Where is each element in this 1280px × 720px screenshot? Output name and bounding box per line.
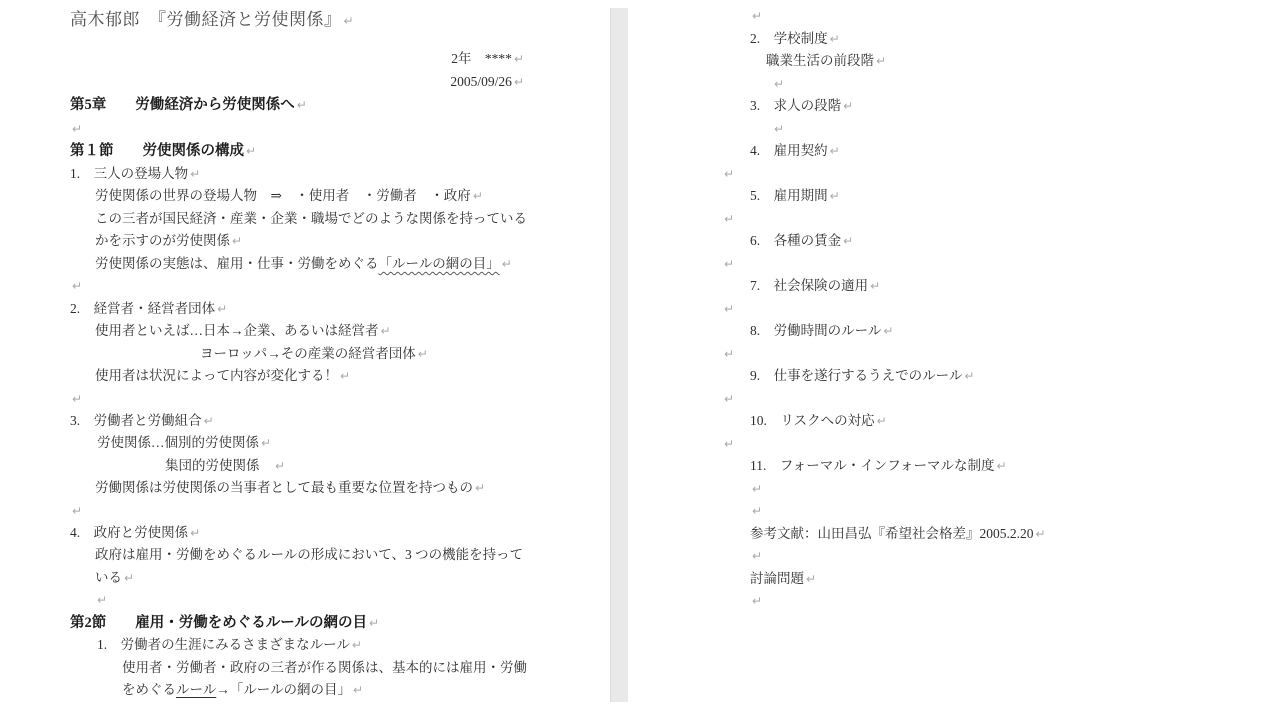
pilcrow-mark: ↵ <box>724 212 734 226</box>
chapter-heading-line: 第5章 労働経済から労使関係へ↵ <box>70 95 307 115</box>
pilcrow-mark: ↵ <box>353 683 363 697</box>
pilcrow-mark: ↵ <box>344 14 354 28</box>
line-text: 3. 労働者と労働組合 <box>70 413 202 428</box>
line-text: 4. 雇用契約 <box>750 143 828 158</box>
line-text: 労使関係…個別的労使関係 <box>97 435 259 450</box>
empty-line: ↵ <box>722 164 734 184</box>
line-text: をめぐる <box>122 682 176 697</box>
discussion-topic-line: 討論問題↵ <box>750 569 816 589</box>
pilcrow-mark: ↵ <box>275 459 285 473</box>
pilcrow-mark: ↵ <box>752 504 762 518</box>
line-text: 討論問題 <box>750 571 804 586</box>
year-line: 2年 ****↵ <box>451 49 524 69</box>
body-line: 職業生活の前段階↵ <box>766 51 886 71</box>
list-item-line: 11. フォーマル・インフォーマルな制度↵ <box>750 456 1007 476</box>
empty-line: ↵ <box>70 276 82 296</box>
pilcrow-mark: ↵ <box>830 144 840 158</box>
line-text: 労使関係の実態は、雇用・仕事・労働をめぐる <box>95 256 379 271</box>
pilcrow-mark: ↵ <box>724 257 734 271</box>
line-text: 9. 仕事を遂行するうえでのルール <box>750 368 962 383</box>
body-line: 使用者・労働者・政府の三者が作る関係は、基本的には雇用・労働 <box>122 658 527 678</box>
body-line: この三者が国民経済・産業・企業・職場でどのような関係を持っている <box>95 209 527 229</box>
list-item-line: 2. 経営者・経営者団体↵ <box>70 299 227 319</box>
list-item-line: 1. 労働者の生涯にみるさまざまなルール↵ <box>97 635 362 655</box>
line-text: 10. リスクへの対応 <box>750 413 875 428</box>
pilcrow-mark: ↵ <box>774 122 784 136</box>
list-item-line: 7. 社会保険の適用↵ <box>750 276 880 296</box>
empty-line: ↵ <box>722 389 734 409</box>
body-line: 労使関係の世界の登場人物 ⇒ ・使用者 ・労働者 ・政府↵ <box>95 186 483 206</box>
list-item-line: 3. 労働者と労働組合↵ <box>70 411 214 431</box>
pilcrow-mark: ↵ <box>806 572 816 586</box>
pilcrow-mark: ↵ <box>381 324 391 338</box>
pilcrow-mark: ↵ <box>297 98 307 112</box>
empty-line: ↵ <box>722 434 734 454</box>
pilcrow-mark: ↵ <box>870 279 880 293</box>
wavy-underlined-text: 「ルールの網の目」 <box>379 256 500 271</box>
pilcrow-mark: ↵ <box>752 482 762 496</box>
line-text: 2年 **** <box>451 51 512 66</box>
pilcrow-mark: ↵ <box>830 32 840 46</box>
line-text: 8. 労働時間のルール <box>750 323 881 338</box>
line-text: 2005/09/26 <box>450 74 512 89</box>
date-line: 2005/09/26↵ <box>450 72 524 92</box>
pilcrow-mark: ↵ <box>997 459 1007 473</box>
body-line: 使用者といえば…日本→企業、あるいは経営者↵ <box>95 321 391 341</box>
pilcrow-mark: ↵ <box>246 144 256 158</box>
pilcrow-mark: ↵ <box>369 616 379 630</box>
line-text: 集団的労使関係 <box>165 458 273 473</box>
body-line: 労使関係の実態は、雇用・仕事・労働をめぐる「ルールの網の目」↵ <box>95 254 512 274</box>
list-item-line: 5. 雇用期間↵ <box>750 186 840 206</box>
line-text: →「ルールの網の目」 <box>216 682 351 697</box>
pilcrow-mark: ↵ <box>124 571 134 585</box>
body-line: いる↵ <box>95 568 134 588</box>
line-text: 4. 政府と労使関係 <box>70 525 188 540</box>
pilcrow-mark: ↵ <box>752 549 762 563</box>
pilcrow-mark: ↵ <box>964 369 974 383</box>
line-text: 労働関係は労使関係の当事者として最も重要な位置を持つもの <box>95 480 473 495</box>
section-2-heading-line: 第2節 雇用・労働をめぐるルールの網の目↵ <box>70 613 379 633</box>
pilcrow-mark: ↵ <box>232 234 242 248</box>
empty-line: ↵ <box>772 74 784 94</box>
pilcrow-mark: ↵ <box>475 481 485 495</box>
list-item-line: 1. 三人の登場人物↵ <box>70 164 200 184</box>
list-item-line: 3. 求人の段階↵ <box>750 96 853 116</box>
pilcrow-mark: ↵ <box>514 75 524 89</box>
body-line: 政府は雇用・労働をめぐるルールの形成において、3 つの機能を持って <box>95 545 523 565</box>
line-text: 高木郁郎 『労働経済と労使関係』 <box>70 10 342 29</box>
line-text: 第2節 雇用・労働をめぐるルールの網の目 <box>70 615 367 631</box>
empty-line: ↵ <box>722 344 734 364</box>
author-title-line: 高木郁郎 『労働経済と労使関係』↵ <box>70 10 354 31</box>
pilcrow-mark: ↵ <box>352 638 362 652</box>
pilcrow-mark: ↵ <box>877 414 887 428</box>
pilcrow-mark: ↵ <box>340 369 350 383</box>
pilcrow-mark: ↵ <box>72 122 82 136</box>
pilcrow-mark: ↵ <box>843 234 853 248</box>
empty-line: ↵ <box>70 501 82 521</box>
pilcrow-mark: ↵ <box>724 302 734 316</box>
pilcrow-mark: ↵ <box>774 77 784 91</box>
list-item-line: 10. リスクへの対応↵ <box>750 411 887 431</box>
pilcrow-mark: ↵ <box>217 302 227 316</box>
body-line: かを示すのが労使関係↵ <box>95 231 242 251</box>
pilcrow-mark: ↵ <box>261 436 271 450</box>
pilcrow-mark: ↵ <box>724 167 734 181</box>
line-text: 7. 社会保険の適用 <box>750 278 868 293</box>
line-text: いる <box>95 570 122 585</box>
line-text: 11. フォーマル・インフォーマルな制度 <box>750 458 995 473</box>
list-item-line: 4. 政府と労使関係↵ <box>70 523 200 543</box>
empty-line: ↵ <box>750 591 762 611</box>
line-text: 使用者・労働者・政府の三者が作る関係は、基本的には雇用・労働 <box>122 660 527 675</box>
list-item-line: 2. 学校制度↵ <box>750 29 840 49</box>
body-line: ヨーロッパ→その産業の経営者団体↵ <box>200 344 428 364</box>
body-line: 使用者は状況によって内容が変化する！↵ <box>95 366 350 386</box>
line-text: 3. 求人の段階 <box>750 98 841 113</box>
empty-line: ↵ <box>772 119 784 139</box>
pilcrow-mark: ↵ <box>190 526 200 540</box>
pilcrow-mark: ↵ <box>752 9 762 23</box>
line-text: 第5章 労働経済から労使関係へ <box>70 97 295 113</box>
body-line: 集団的労使関係 ↵ <box>165 456 285 476</box>
pilcrow-mark: ↵ <box>724 392 734 406</box>
line-text: 職業生活の前段階 <box>766 53 874 68</box>
line-text: この三者が国民経済・産業・企業・職場でどのような関係を持っている <box>95 211 527 226</box>
list-item-line: 6. 各種の賃金↵ <box>750 231 853 251</box>
empty-line: ↵ <box>722 254 734 274</box>
empty-line: ↵ <box>750 479 762 499</box>
document-view: 高木郁郎 『労働経済と労使関係』↵ 2年 ****↵ 2005/09/26↵ 第… <box>0 0 1280 720</box>
line-text: 政府は雇用・労働をめぐるルールの形成において、3 つの機能を持って <box>95 547 523 562</box>
list-item-line: 9. 仕事を遂行するうえでのルール↵ <box>750 366 974 386</box>
line-text: 5. 雇用期間 <box>750 188 828 203</box>
pilcrow-mark: ↵ <box>190 167 200 181</box>
pilcrow-mark: ↵ <box>724 347 734 361</box>
pilcrow-mark: ↵ <box>876 54 886 68</box>
pilcrow-mark: ↵ <box>1036 527 1046 541</box>
line-text: かを示すのが労使関係 <box>95 233 230 248</box>
list-item-line: 8. 労働時間のルール↵ <box>750 321 893 341</box>
pilcrow-mark: ↵ <box>204 414 214 428</box>
line-text: 使用者は状況によって内容が変化する！ <box>95 368 338 383</box>
page-gap-divider <box>610 8 629 702</box>
empty-line: ↵ <box>750 501 762 521</box>
underlined-text: ルール <box>176 682 216 697</box>
pilcrow-mark: ↵ <box>502 257 512 271</box>
pilcrow-mark: ↵ <box>724 437 734 451</box>
line-text: 1. 三人の登場人物 <box>70 166 188 181</box>
line-text: 使用者といえば…日本→企業、あるいは経営者 <box>95 323 379 338</box>
pilcrow-mark: ↵ <box>843 99 853 113</box>
body-line: をめぐるルール→「ルールの網の目」↵ <box>122 680 363 700</box>
empty-line: ↵ <box>722 209 734 229</box>
line-text: 労使関係の世界の登場人物 ⇒ ・使用者 ・労働者 ・政府 <box>95 188 471 203</box>
section-1-heading-line: 第１節 労使関係の構成↵ <box>70 141 256 161</box>
line-text: ヨーロッパ→その産業の経営者団体 <box>200 346 416 361</box>
line-text: 2. 学校制度 <box>750 31 828 46</box>
empty-line: ↵ <box>722 299 734 319</box>
reference-line: 参考文献：山田昌弘『希望社会格差』2005.2.20↵ <box>750 524 1046 544</box>
empty-line: ↵ <box>95 590 107 610</box>
pilcrow-mark: ↵ <box>72 279 82 293</box>
body-line: 労使関係…個別的労使関係↵ <box>97 433 271 453</box>
list-item-line: 4. 雇用契約↵ <box>750 141 840 161</box>
pilcrow-mark: ↵ <box>72 504 82 518</box>
line-text: 6. 各種の賃金 <box>750 233 841 248</box>
line-text: 1. 労働者の生涯にみるさまざまなルール <box>97 637 350 652</box>
pilcrow-mark: ↵ <box>473 189 483 203</box>
empty-line: ↵ <box>750 6 762 26</box>
pilcrow-mark: ↵ <box>97 593 107 607</box>
line-text: 第１節 労使関係の構成 <box>70 143 244 159</box>
pilcrow-mark: ↵ <box>883 324 893 338</box>
pilcrow-mark: ↵ <box>72 392 82 406</box>
pilcrow-mark: ↵ <box>418 347 428 361</box>
pilcrow-mark: ↵ <box>752 594 762 608</box>
pilcrow-mark: ↵ <box>830 189 840 203</box>
line-text: 2. 経営者・経営者団体 <box>70 301 215 316</box>
body-line: 労働関係は労使関係の当事者として最も重要な位置を持つもの↵ <box>95 478 485 498</box>
empty-line: ↵ <box>70 389 82 409</box>
empty-line: ↵ <box>750 546 762 566</box>
empty-line: ↵ <box>70 119 82 139</box>
line-text: 参考文献：山田昌弘『希望社会格差』2005.2.20 <box>750 526 1034 541</box>
pilcrow-mark: ↵ <box>514 52 524 66</box>
